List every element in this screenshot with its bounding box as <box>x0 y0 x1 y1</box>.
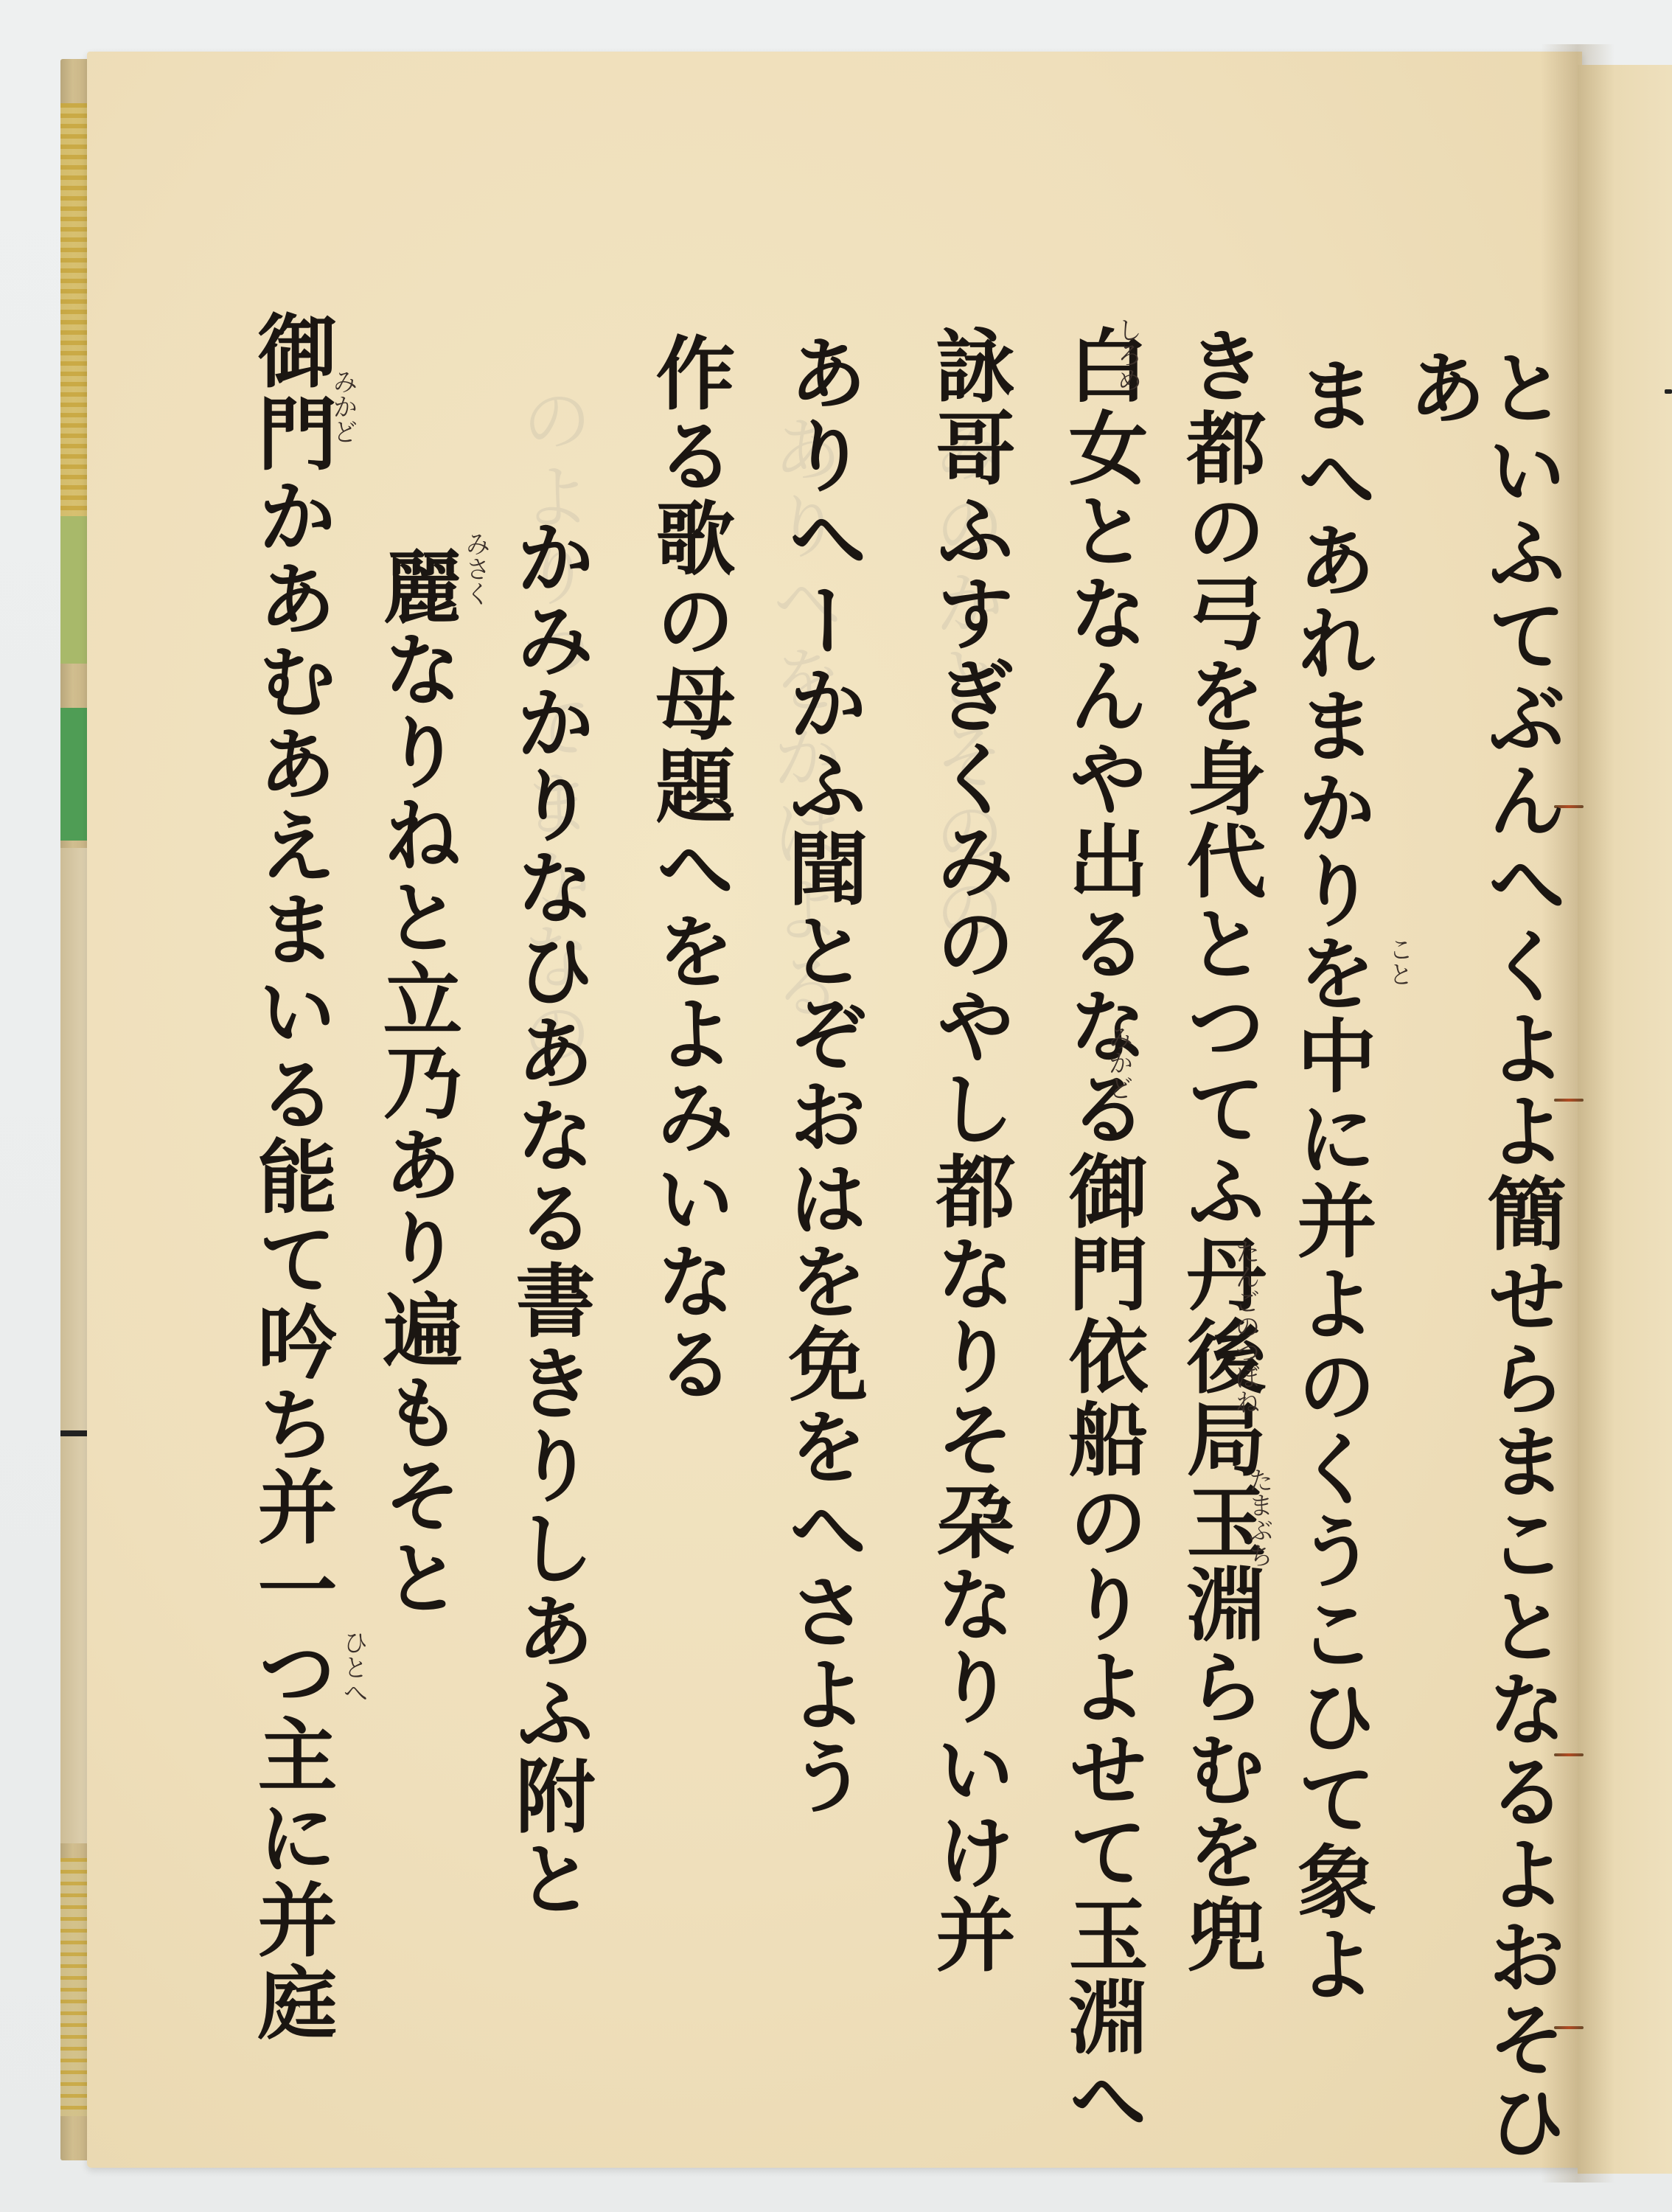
furigana-misaku: みさく <box>463 531 488 606</box>
text-column-4: 白女となんや出るなる御門依船のりよせて玉淵へ <box>1062 324 1141 2141</box>
furigana-tango-no-tsubone: たんごのつぼね <box>1233 1239 1258 1414</box>
text-column-8: かみかりなひあなる書きりしあふ附と <box>509 516 588 1920</box>
furigana-mikado: みかど <box>330 369 355 444</box>
furigana-tamabuchi: たまぶち <box>1246 1467 1271 1568</box>
text-column-10: 御門かあむあえまいる能て吟ち并一つ主に并庭 <box>251 310 330 2044</box>
text-column-3: き都の弓を身代とつてふ丹後局玉淵らむを兜 <box>1180 324 1259 1976</box>
text-column-2: まへあれまかりを中に并よのくうこひて象よ <box>1290 354 1370 2006</box>
ink-mark <box>1665 389 1672 394</box>
furigana-mikado: みかど <box>1106 1025 1131 1100</box>
furigana-hitoe: ひとへ <box>341 1630 366 1705</box>
text-column-5: 詠哥ふすぎくみのやし都なりそ朶なりいけ并 <box>929 324 1009 1976</box>
text-column-9: 麗なりねと立乃あり遍もそと <box>376 546 456 1619</box>
text-column-7: 作る歌の母題へをよみいなる <box>649 332 728 1405</box>
furigana-shirome: しろめ <box>1115 317 1140 392</box>
furigana-koto: こと <box>1386 936 1411 987</box>
text-column-1: といふてぶんへくよよ簡せらまことなるよおそひあ <box>1401 347 1560 2212</box>
text-column-6: ありへーかふ聞とぞおはを免をへさよう <box>781 332 861 1818</box>
